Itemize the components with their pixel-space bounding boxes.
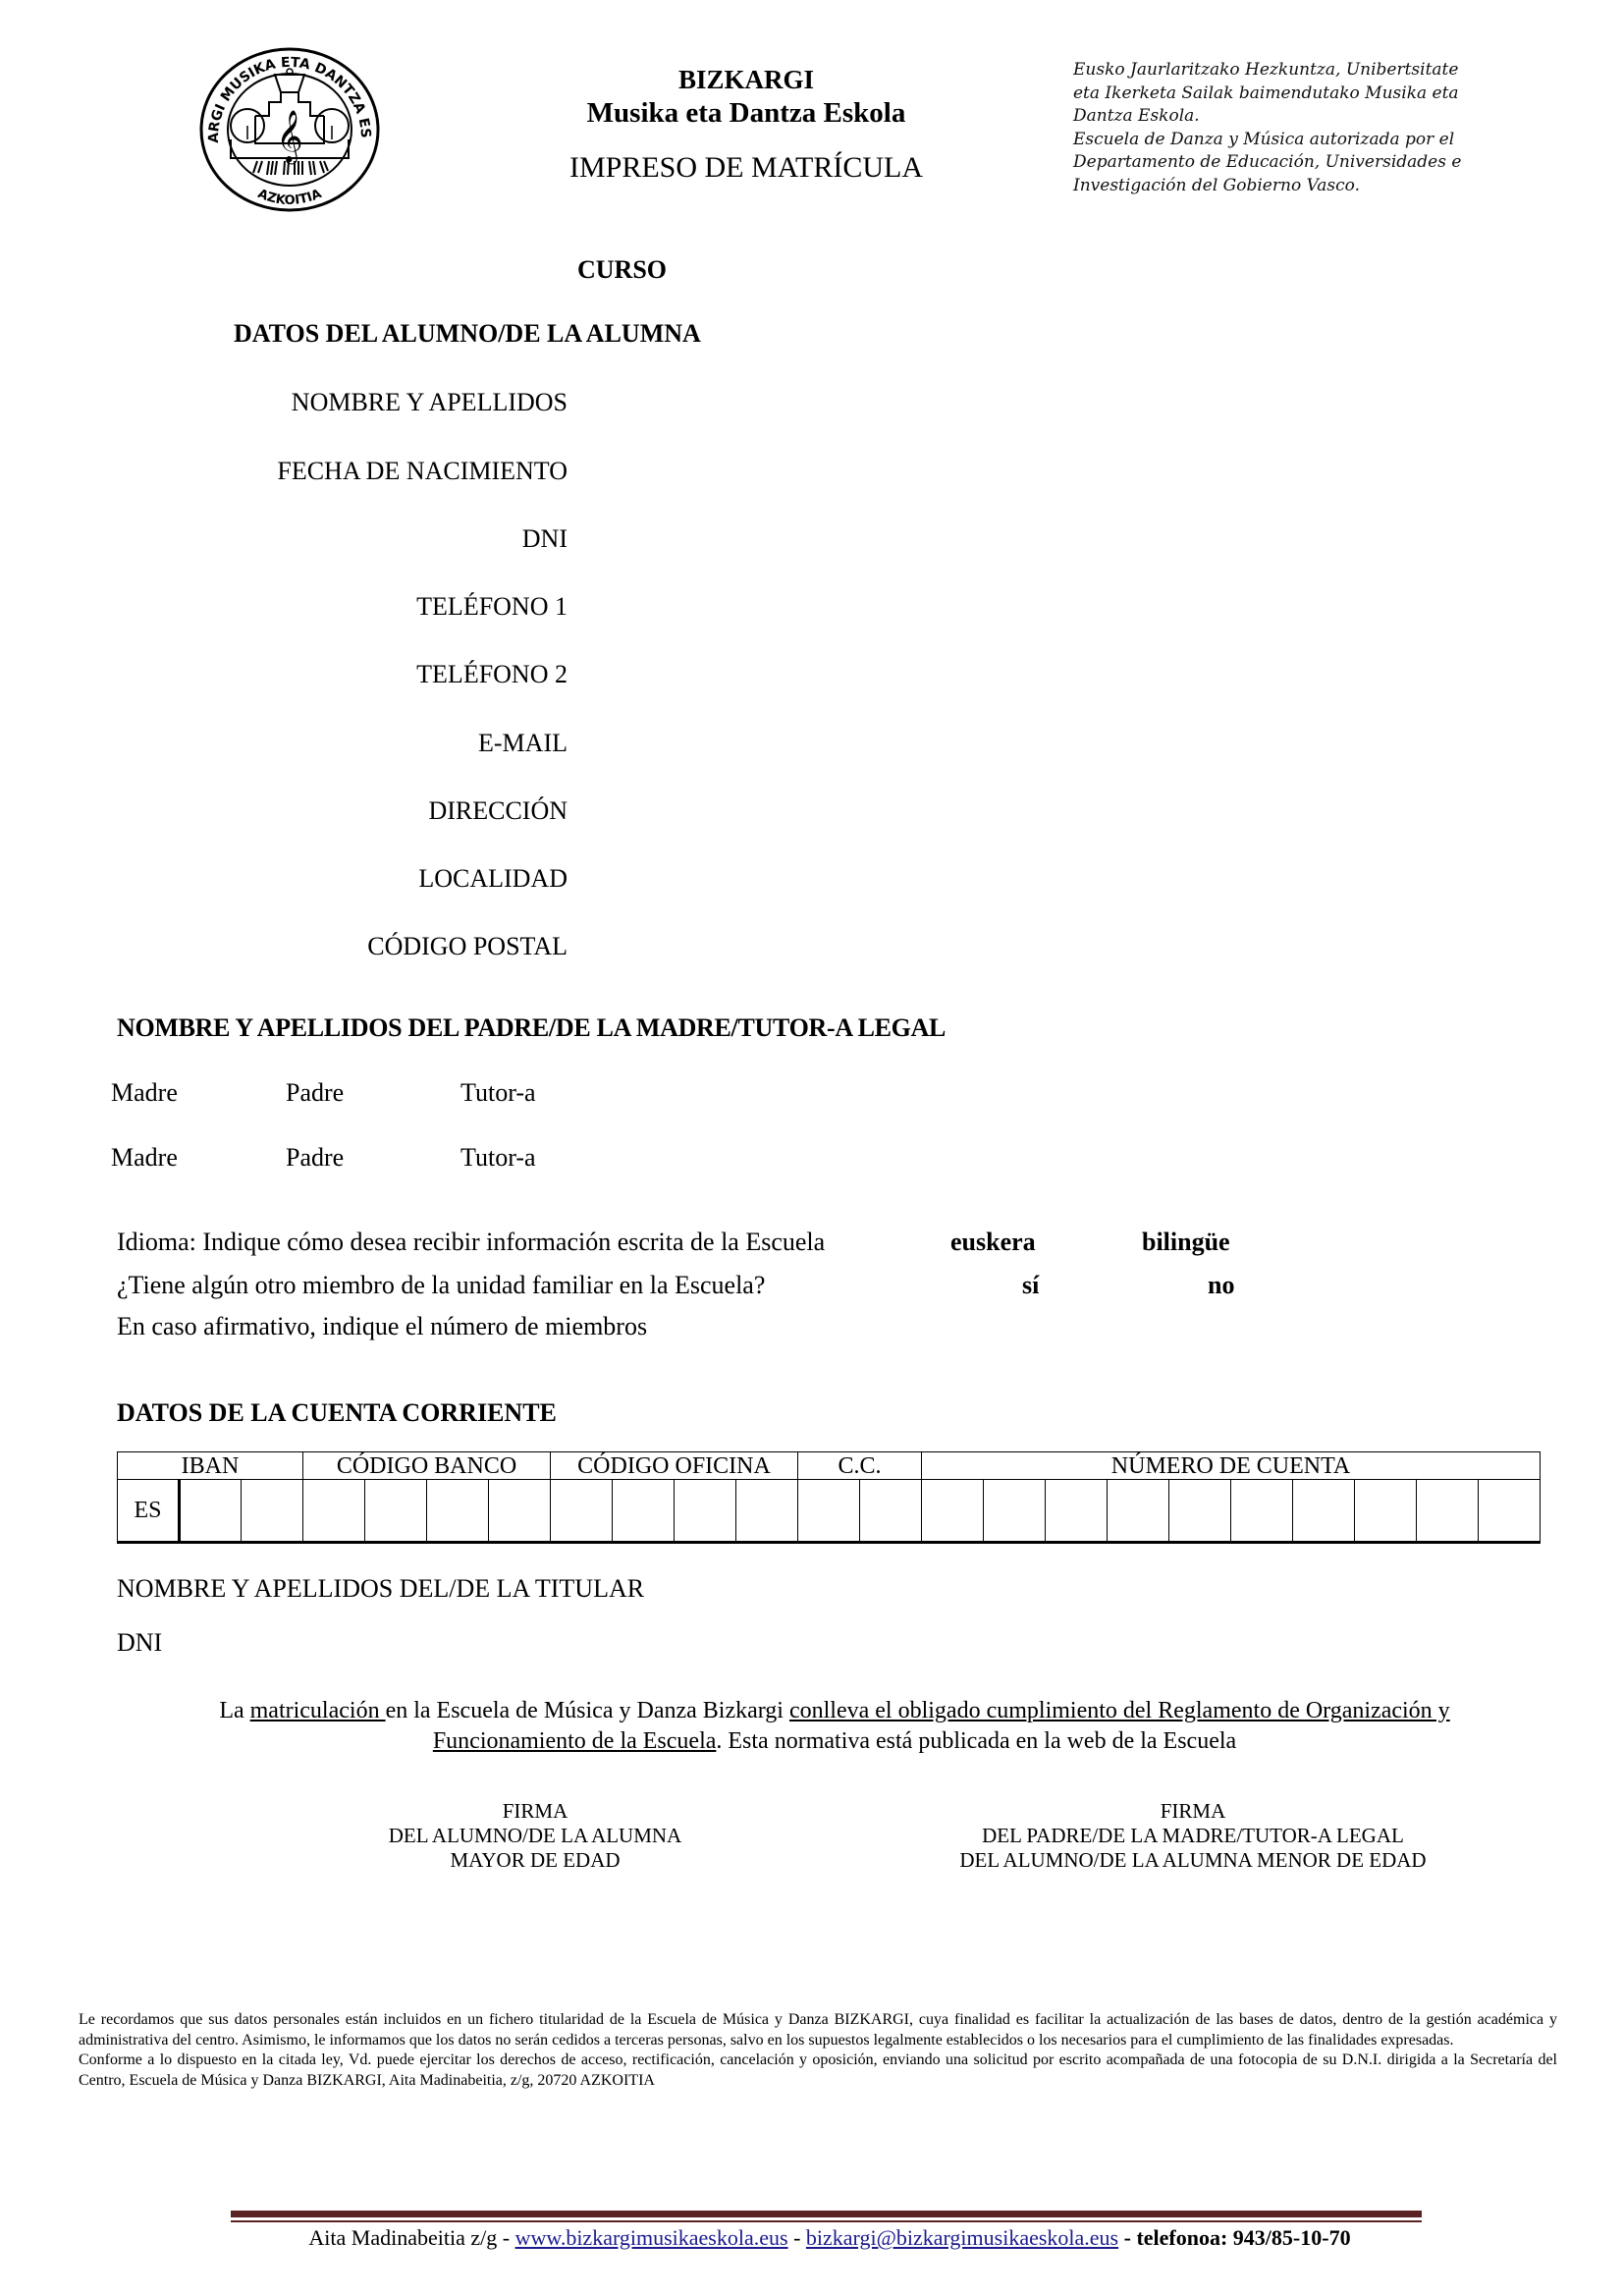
field-birth-date[interactable]: FECHA DE NACIMIENTO bbox=[277, 457, 568, 486]
regulation-notice: La matriculación en la Escuela de Música… bbox=[147, 1696, 1522, 1757]
bank-col-branch-code: CÓDIGO OFICINA bbox=[551, 1452, 798, 1480]
course-label: CURSO bbox=[577, 255, 667, 285]
guardian-2-option-madre[interactable]: Madre bbox=[111, 1143, 178, 1173]
guardian-1-option-padre[interactable]: Padre bbox=[286, 1078, 344, 1108]
signature-title: FIRMA bbox=[884, 1799, 1502, 1824]
guardian-2-option-padre[interactable]: Padre bbox=[286, 1143, 344, 1173]
privacy-notice: Le recordamos que sus datos personales e… bbox=[79, 2010, 1557, 2091]
field-dni[interactable]: DNI bbox=[522, 524, 568, 554]
family-option-no[interactable]: no bbox=[1208, 1271, 1234, 1300]
bank-col-bank-code: CÓDIGO BANCO bbox=[303, 1452, 551, 1480]
bank-digit-cell[interactable] bbox=[551, 1480, 613, 1543]
footer-website-link[interactable]: www.bizkargimusikaeskola.eus bbox=[515, 2225, 788, 2250]
guardian-1-option-madre[interactable]: Madre bbox=[111, 1078, 178, 1108]
authorization-line: Escuela de Danza y Música autorizada por… bbox=[1073, 129, 1535, 152]
language-question: Idioma: Indique cómo desea recibir infor… bbox=[117, 1228, 825, 1257]
school-logo-icon: BIZKARGI MUSIKA ETA DANTZA ESKOLA AZKOIT… bbox=[196, 45, 383, 212]
guardian-signature-block[interactable]: FIRMA DEL PADRE/DE LA MADRE/TUTOR-A LEGA… bbox=[884, 1799, 1502, 1873]
bank-table-header: IBAN CÓDIGO BANCO CÓDIGO OFICINA C.C. NÚ… bbox=[118, 1452, 1541, 1480]
family-option-yes[interactable]: sí bbox=[1022, 1271, 1039, 1300]
bank-digit-cell[interactable] bbox=[1293, 1480, 1355, 1543]
authorization-line: Dantza Eskola. bbox=[1073, 105, 1535, 129]
bank-section-heading: DATOS DE LA CUENTA CORRIENTE bbox=[117, 1398, 557, 1428]
field-address[interactable]: DIRECCIÓN bbox=[428, 796, 568, 826]
footer-divider-thin bbox=[231, 2220, 1422, 2222]
school-logo: BIZKARGI MUSIKA ETA DANTZA ESKOLA AZKOIT… bbox=[196, 45, 383, 212]
bank-col-control-digits: C.C. bbox=[798, 1452, 922, 1480]
bank-digit-cell[interactable] bbox=[736, 1480, 798, 1543]
language-option-euskera[interactable]: euskera bbox=[950, 1228, 1036, 1257]
bank-digit-cell[interactable] bbox=[303, 1480, 365, 1543]
notice-text: . Esta normativa está publicada en la we… bbox=[716, 1728, 1236, 1754]
bank-digit-cell[interactable] bbox=[1231, 1480, 1293, 1543]
notice-enrolment-underlined: matriculación bbox=[250, 1698, 386, 1723]
footer-email-link[interactable]: bizkargi@bizkargimusikaeskola.eus bbox=[806, 2225, 1118, 2250]
svg-text:𝄞: 𝄞 bbox=[276, 109, 302, 164]
account-holder-dni-label[interactable]: DNI bbox=[117, 1628, 162, 1658]
school-name: BIZKARGI bbox=[511, 63, 982, 96]
notice-text: en la Escuela de Música y Danza Bizkargi bbox=[386, 1698, 789, 1723]
authorization-line: Eusko Jaurlaritzako Hezkuntza, Unibertsi… bbox=[1073, 59, 1535, 82]
bank-digit-cell[interactable] bbox=[860, 1480, 922, 1543]
field-phone-2[interactable]: TELÉFONO 2 bbox=[416, 660, 568, 689]
form-title: IMPRESO DE MATRÍCULA bbox=[511, 151, 982, 185]
bank-digit-cell[interactable] bbox=[922, 1480, 984, 1543]
bank-digit-cell[interactable] bbox=[1046, 1480, 1108, 1543]
bank-digit-cell[interactable] bbox=[180, 1480, 242, 1543]
guardian-1-option-tutor[interactable]: Tutor-a bbox=[460, 1078, 536, 1108]
signature-line: DEL ALUMNO/DE LA ALUMNA bbox=[324, 1824, 746, 1848]
signature-title: FIRMA bbox=[324, 1799, 746, 1824]
authorization-line: eta Ikerketa Sailak baimendutako Musika … bbox=[1073, 82, 1535, 106]
authorization-line: Departamento de Educación, Universidades… bbox=[1073, 151, 1535, 175]
field-town[interactable]: LOCALIDAD bbox=[418, 864, 568, 894]
bank-digit-cell[interactable] bbox=[613, 1480, 675, 1543]
footer-phone: - telefonoa: 943/85-10-70 bbox=[1124, 2225, 1351, 2250]
bank-digit-cell[interactable] bbox=[1108, 1480, 1169, 1543]
footer-separator: - bbox=[503, 2225, 515, 2250]
bank-col-account-number: NÚMERO DE CUENTA bbox=[922, 1452, 1541, 1480]
student-section-heading: DATOS DEL ALUMNO/DE LA ALUMNA bbox=[234, 319, 701, 349]
privacy-paragraph: Le recordamos que sus datos personales e… bbox=[79, 2010, 1557, 2050]
bank-digit-cell[interactable] bbox=[984, 1480, 1046, 1543]
notice-text: La bbox=[219, 1698, 249, 1723]
guardian-2-option-tutor[interactable]: Tutor-a bbox=[460, 1143, 536, 1173]
bank-col-iban: IBAN bbox=[118, 1452, 303, 1480]
bank-digit-cell[interactable] bbox=[798, 1480, 860, 1543]
footer-divider bbox=[231, 2211, 1422, 2217]
field-postal-code[interactable]: CÓDIGO POSTAL bbox=[367, 932, 568, 961]
guardian-section-heading: NOMBRE Y APELLIDOS DEL PADRE/DE LA MADRE… bbox=[117, 1013, 946, 1043]
members-prompt: En caso afirmativo, indique el número de… bbox=[117, 1312, 647, 1341]
bank-digit-cell[interactable] bbox=[675, 1480, 736, 1543]
footer-contact: Aita Madinabeitia z/g - www.bizkargimusi… bbox=[226, 2225, 1434, 2251]
bank-digit-cell[interactable] bbox=[1417, 1480, 1479, 1543]
field-full-name[interactable]: NOMBRE Y APELLIDOS bbox=[292, 388, 568, 417]
iban-prefix: ES bbox=[118, 1480, 180, 1543]
bank-digit-cell[interactable] bbox=[242, 1480, 303, 1543]
privacy-paragraph: Conforme a lo dispuesto en la citada ley… bbox=[79, 2050, 1557, 2091]
signature-line: MAYOR DE EDAD bbox=[324, 1848, 746, 1873]
bank-digit-cell[interactable] bbox=[489, 1480, 551, 1543]
header-title-block: BIZKARGI Musika eta Dantza Eskola IMPRES… bbox=[511, 63, 982, 185]
bank-digit-cell[interactable] bbox=[365, 1480, 427, 1543]
bank-digit-cell[interactable] bbox=[1479, 1480, 1541, 1543]
authorization-note: Eusko Jaurlaritzako Hezkuntza, Unibertsi… bbox=[1073, 59, 1535, 197]
account-holder-label[interactable]: NOMBRE Y APELLIDOS DEL/DE LA TITULAR bbox=[117, 1574, 644, 1604]
bank-digit-cell[interactable] bbox=[427, 1480, 489, 1543]
field-phone-1[interactable]: TELÉFONO 1 bbox=[416, 592, 568, 622]
student-signature-block[interactable]: FIRMA DEL ALUMNO/DE LA ALUMNA MAYOR DE E… bbox=[324, 1799, 746, 1873]
school-subtitle: Musika eta Dantza Eskola bbox=[511, 96, 982, 130]
footer-separator: - bbox=[793, 2225, 806, 2250]
signature-line: DEL ALUMNO/DE LA ALUMNA MENOR DE EDAD bbox=[884, 1848, 1502, 1873]
authorization-line: Investigación del Gobierno Vasco. bbox=[1073, 175, 1535, 198]
bank-account-table: IBAN CÓDIGO BANCO CÓDIGO OFICINA C.C. NÚ… bbox=[117, 1451, 1541, 1544]
field-email[interactable]: E-MAIL bbox=[478, 729, 568, 758]
svg-text:AZKOITIA: AZKOITIA bbox=[255, 187, 324, 208]
bank-table-input-row: ES bbox=[118, 1480, 1541, 1543]
bank-digit-cell[interactable] bbox=[1169, 1480, 1231, 1543]
bank-digit-cell[interactable] bbox=[1355, 1480, 1417, 1543]
language-option-bilingual[interactable]: bilingüe bbox=[1142, 1228, 1230, 1257]
footer-address: Aita Madinabeitia z/g bbox=[308, 2225, 497, 2250]
family-question: ¿Tiene algún otro miembro de la unidad f… bbox=[117, 1271, 765, 1300]
signature-line: DEL PADRE/DE LA MADRE/TUTOR-A LEGAL bbox=[884, 1824, 1502, 1848]
